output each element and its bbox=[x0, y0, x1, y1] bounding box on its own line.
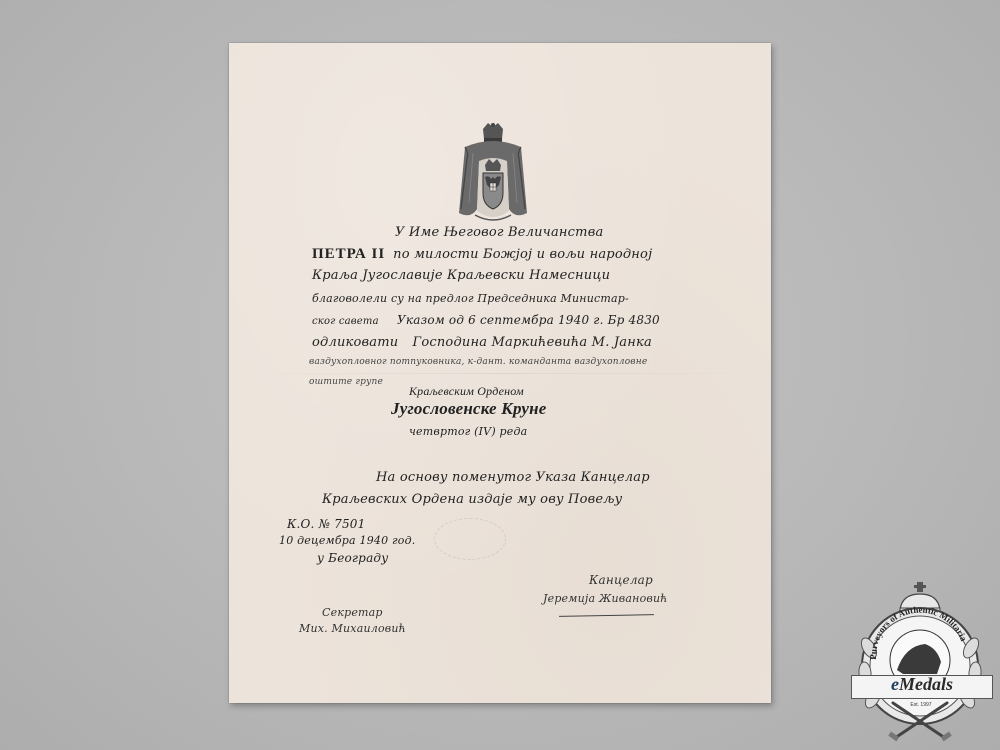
logo-brand-prefix: e bbox=[891, 674, 899, 694]
recipient-line-a: одликовати bbox=[312, 335, 398, 350]
issue-line-2: Краљевских Ордена издаје му ову Повељу bbox=[322, 492, 622, 507]
secretary-title: Секретар bbox=[322, 606, 383, 619]
recipient-line: одликовати Господина Маркићевића М. Јанк… bbox=[312, 333, 652, 351]
faint-seal-impression bbox=[434, 518, 506, 560]
king-name-rest: по милости Божјој и вољи народној bbox=[393, 247, 652, 262]
decree-line-b: Указом од 6 септембра 1940 г. Бр 4830 bbox=[397, 313, 660, 327]
logo-brand-name: Medals bbox=[899, 674, 953, 694]
issue-place: у Београду bbox=[317, 551, 388, 565]
order-line-1: Краљевским Орденом bbox=[409, 384, 524, 399]
emedals-badge-graphic: Purveyors of Authentic Militaria bbox=[845, 578, 995, 746]
rank-line-2: оштите групе bbox=[309, 377, 383, 387]
logo-established: Est. 1997 bbox=[905, 702, 937, 708]
secretary-signature: Мих. Михаиловић bbox=[299, 622, 406, 635]
king-name: ПЕТРА II bbox=[312, 246, 385, 262]
recipient-name: Господина Маркићевића М. Јанка bbox=[413, 335, 652, 350]
decree-line-a: ског савета bbox=[312, 316, 379, 327]
order-name: Југословенске Круне bbox=[391, 399, 547, 419]
chancellor-signature: Јеремија Живановић bbox=[543, 592, 668, 605]
heading-line: У Име Његовог Величанства bbox=[395, 225, 603, 240]
issue-date: 10 децембра 1940 год. bbox=[279, 534, 415, 547]
rank-line: ваздухопловног потпуковника, к-дант. ком… bbox=[309, 357, 647, 367]
issue-line-1: На основу поменутог Указа Канцелар bbox=[376, 470, 650, 485]
decree-line: ског савета Указом од 6 септембра 1940 г… bbox=[312, 311, 660, 329]
king-name-line: ПЕТРА II по милости Божјој и вољи народн… bbox=[312, 246, 652, 263]
chancellor-signature-flourish bbox=[559, 614, 654, 617]
emedals-logo-icon: Purveyors of Authentic Militaria eMedals… bbox=[845, 578, 995, 746]
registry-number: К.О. № 7501 bbox=[287, 517, 365, 531]
body-line-3: Краља Југославије Краљевски Намесници bbox=[312, 268, 610, 283]
paper-fold-line bbox=[229, 373, 771, 374]
body-line-4: благоволели су на предлог Председника Ми… bbox=[312, 292, 629, 305]
royal-coat-of-arms-icon bbox=[455, 123, 531, 235]
logo-brand: eMedals bbox=[882, 674, 962, 695]
order-class: четвртог (IV) реда bbox=[409, 425, 527, 438]
award-document: У Име Његовог Величанства ПЕТРА II по ми… bbox=[229, 43, 771, 703]
chancellor-title: Канцелар bbox=[589, 573, 653, 587]
